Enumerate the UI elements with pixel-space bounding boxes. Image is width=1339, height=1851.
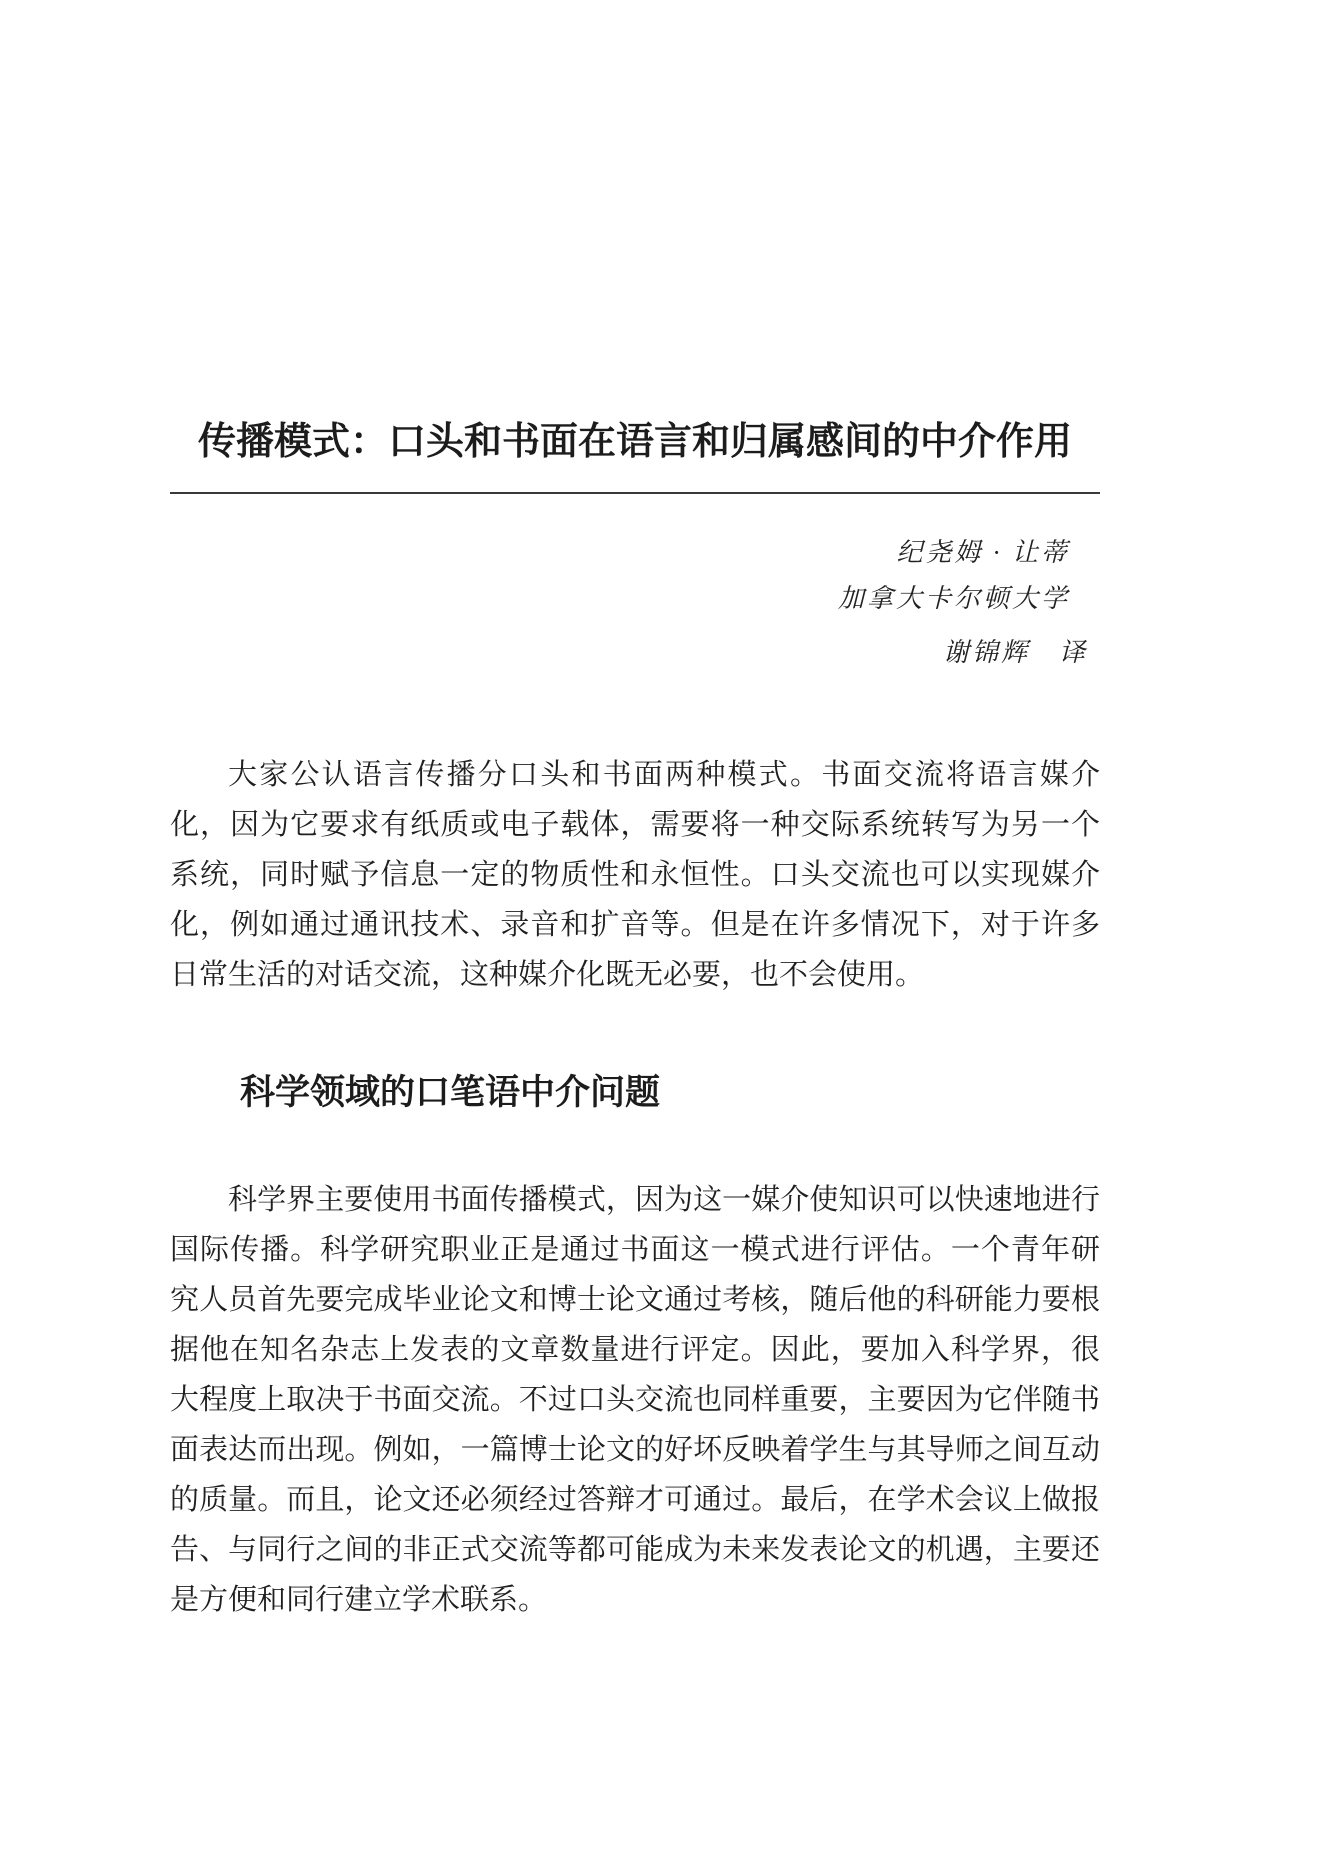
byline-block: 纪尧姆 · 让蒂 加拿大卡尔顿大学: [170, 530, 1100, 622]
article-title: 传播模式：口头和书面在语言和归属感间的中介作用: [170, 418, 1100, 466]
text-line: 面表达而出现。例如，一篇博士论文的好坏反映着学生与其导师之间互动: [170, 1425, 1100, 1475]
text-line: 化，因为它要求有纸质或电子载体，需要将一种交际系统转写为另一个: [170, 800, 1100, 850]
text-line: 化，例如通过通讯技术、录音和扩音等。但是在许多情况下，对于许多: [170, 900, 1100, 950]
text-line: 科学界主要使用书面传播模式，因为这一媒介使知识可以快速地进行: [170, 1175, 1100, 1225]
paragraph-2: 科学界主要使用书面传播模式，因为这一媒介使知识可以快速地进行 国际传播。科学研究…: [170, 1175, 1100, 1625]
text-line: 日常生活的对话交流，这种媒介化既无必要，也不会使用。: [170, 950, 1100, 1000]
paragraph-1: 大家公认语言传播分口头和书面两种模式。书面交流将语言媒介 化，因为它要求有纸质或…: [170, 750, 1100, 1000]
section-heading: 科学领域的口笔语中介问题: [170, 1068, 1100, 1118]
author-name: 纪尧姆 · 让蒂: [170, 530, 1100, 576]
page-content: 传播模式：口头和书面在语言和归属感间的中介作用 纪尧姆 · 让蒂 加拿大卡尔顿大…: [170, 0, 1100, 1625]
text-line: 系统，同时赋予信息一定的物质性和永恒性。口头交流也可以实现媒介: [170, 850, 1100, 900]
translator: 谢锦辉 译: [170, 630, 1100, 676]
text-line: 究人员首先要完成毕业论文和博士论文通过考核，随后他的科研能力要根: [170, 1275, 1100, 1325]
text-line: 国际传播。科学研究职业正是通过书面这一模式进行评估。一个青年研: [170, 1225, 1100, 1275]
text-line: 的质量。而且，论文还必须经过答辩才可通过。最后，在学术会议上做报: [170, 1475, 1100, 1525]
text-line: 告、与同行之间的非正式交流等都可能成为未来发表论文的机遇，主要还: [170, 1525, 1100, 1575]
title-rule: [170, 492, 1100, 494]
author-affiliation: 加拿大卡尔顿大学: [170, 576, 1100, 622]
text-line: 大家公认语言传播分口头和书面两种模式。书面交流将语言媒介: [170, 750, 1100, 800]
text-line: 据他在知名杂志上发表的文章数量进行评定。因此，要加入科学界，很: [170, 1325, 1100, 1375]
text-line: 是方便和同行建立学术联系。: [170, 1575, 1100, 1625]
document-page: 传播模式：口头和书面在语言和归属感间的中介作用 纪尧姆 · 让蒂 加拿大卡尔顿大…: [0, 0, 1339, 1851]
text-line: 大程度上取决于书面交流。不过口头交流也同样重要，主要因为它伴随书: [170, 1375, 1100, 1425]
